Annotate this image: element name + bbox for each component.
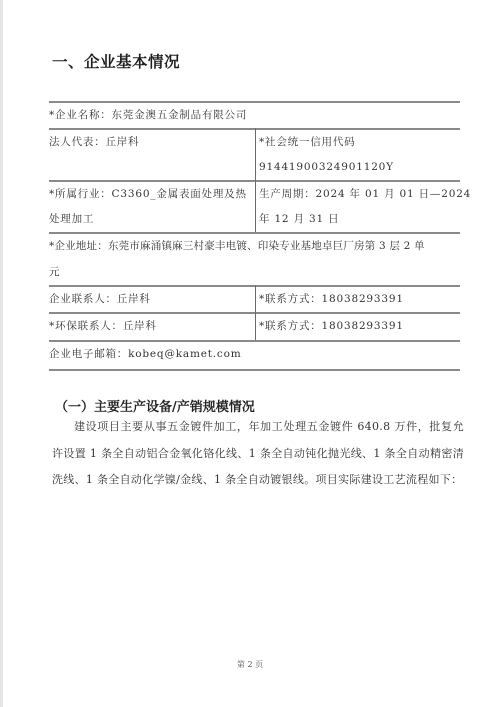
page-edge: [0, 0, 3, 707]
company-email: 企业电子邮箱：kobeq@kamet.com: [49, 341, 241, 367]
address-line1: *企业地址：东莞市麻涌镇麻三村豪丰电镀、印染专业基地卓巨厂房第 3 层 2 单: [49, 233, 425, 259]
column-divider: [255, 128, 256, 232]
env-contact-person: *环保联系人：丘岸科: [49, 313, 157, 339]
paragraph-text: 建设项目主要从事五金镀件加工，年加工处理五金镀件 640.8 万件，批复允许设置…: [52, 414, 464, 494]
address-line2: 元: [49, 259, 60, 285]
production-period-line1: 生产周期：2024 年 01 月 01 日—2024: [259, 181, 471, 207]
industry-line2: 处理加工: [49, 206, 94, 232]
credit-code-label: *社会统一信用代码: [259, 129, 355, 155]
table-rule: [49, 369, 460, 371]
section-title: 一、企业基本情况: [52, 50, 180, 72]
body-paragraph: 建设项目主要从事五金镀件加工，年加工处理五金镀件 640.8 万件，批复允许设置…: [52, 414, 464, 494]
contact-person: 企业联系人：丘岸科: [49, 286, 151, 312]
legal-representative: 法人代表：丘岸科: [49, 129, 139, 155]
page-number: 第 2 页: [0, 659, 500, 670]
contact-phone: *联系方式：18038293391: [259, 286, 404, 312]
subsection-title: （一）主要生产设备/产销规模情况: [55, 396, 255, 415]
company-name: *企业名称：东莞金澳五金制品有限公司: [49, 102, 247, 128]
production-period-line2: 年 12 月 31 日: [259, 206, 339, 232]
env-contact-phone: *联系方式：18038293391: [259, 313, 404, 339]
credit-code-value: 91441900324901120Y: [259, 154, 394, 180]
column-divider: [255, 285, 256, 340]
industry-line1: *所属行业：C3360_金属表面处理及热: [49, 181, 247, 207]
